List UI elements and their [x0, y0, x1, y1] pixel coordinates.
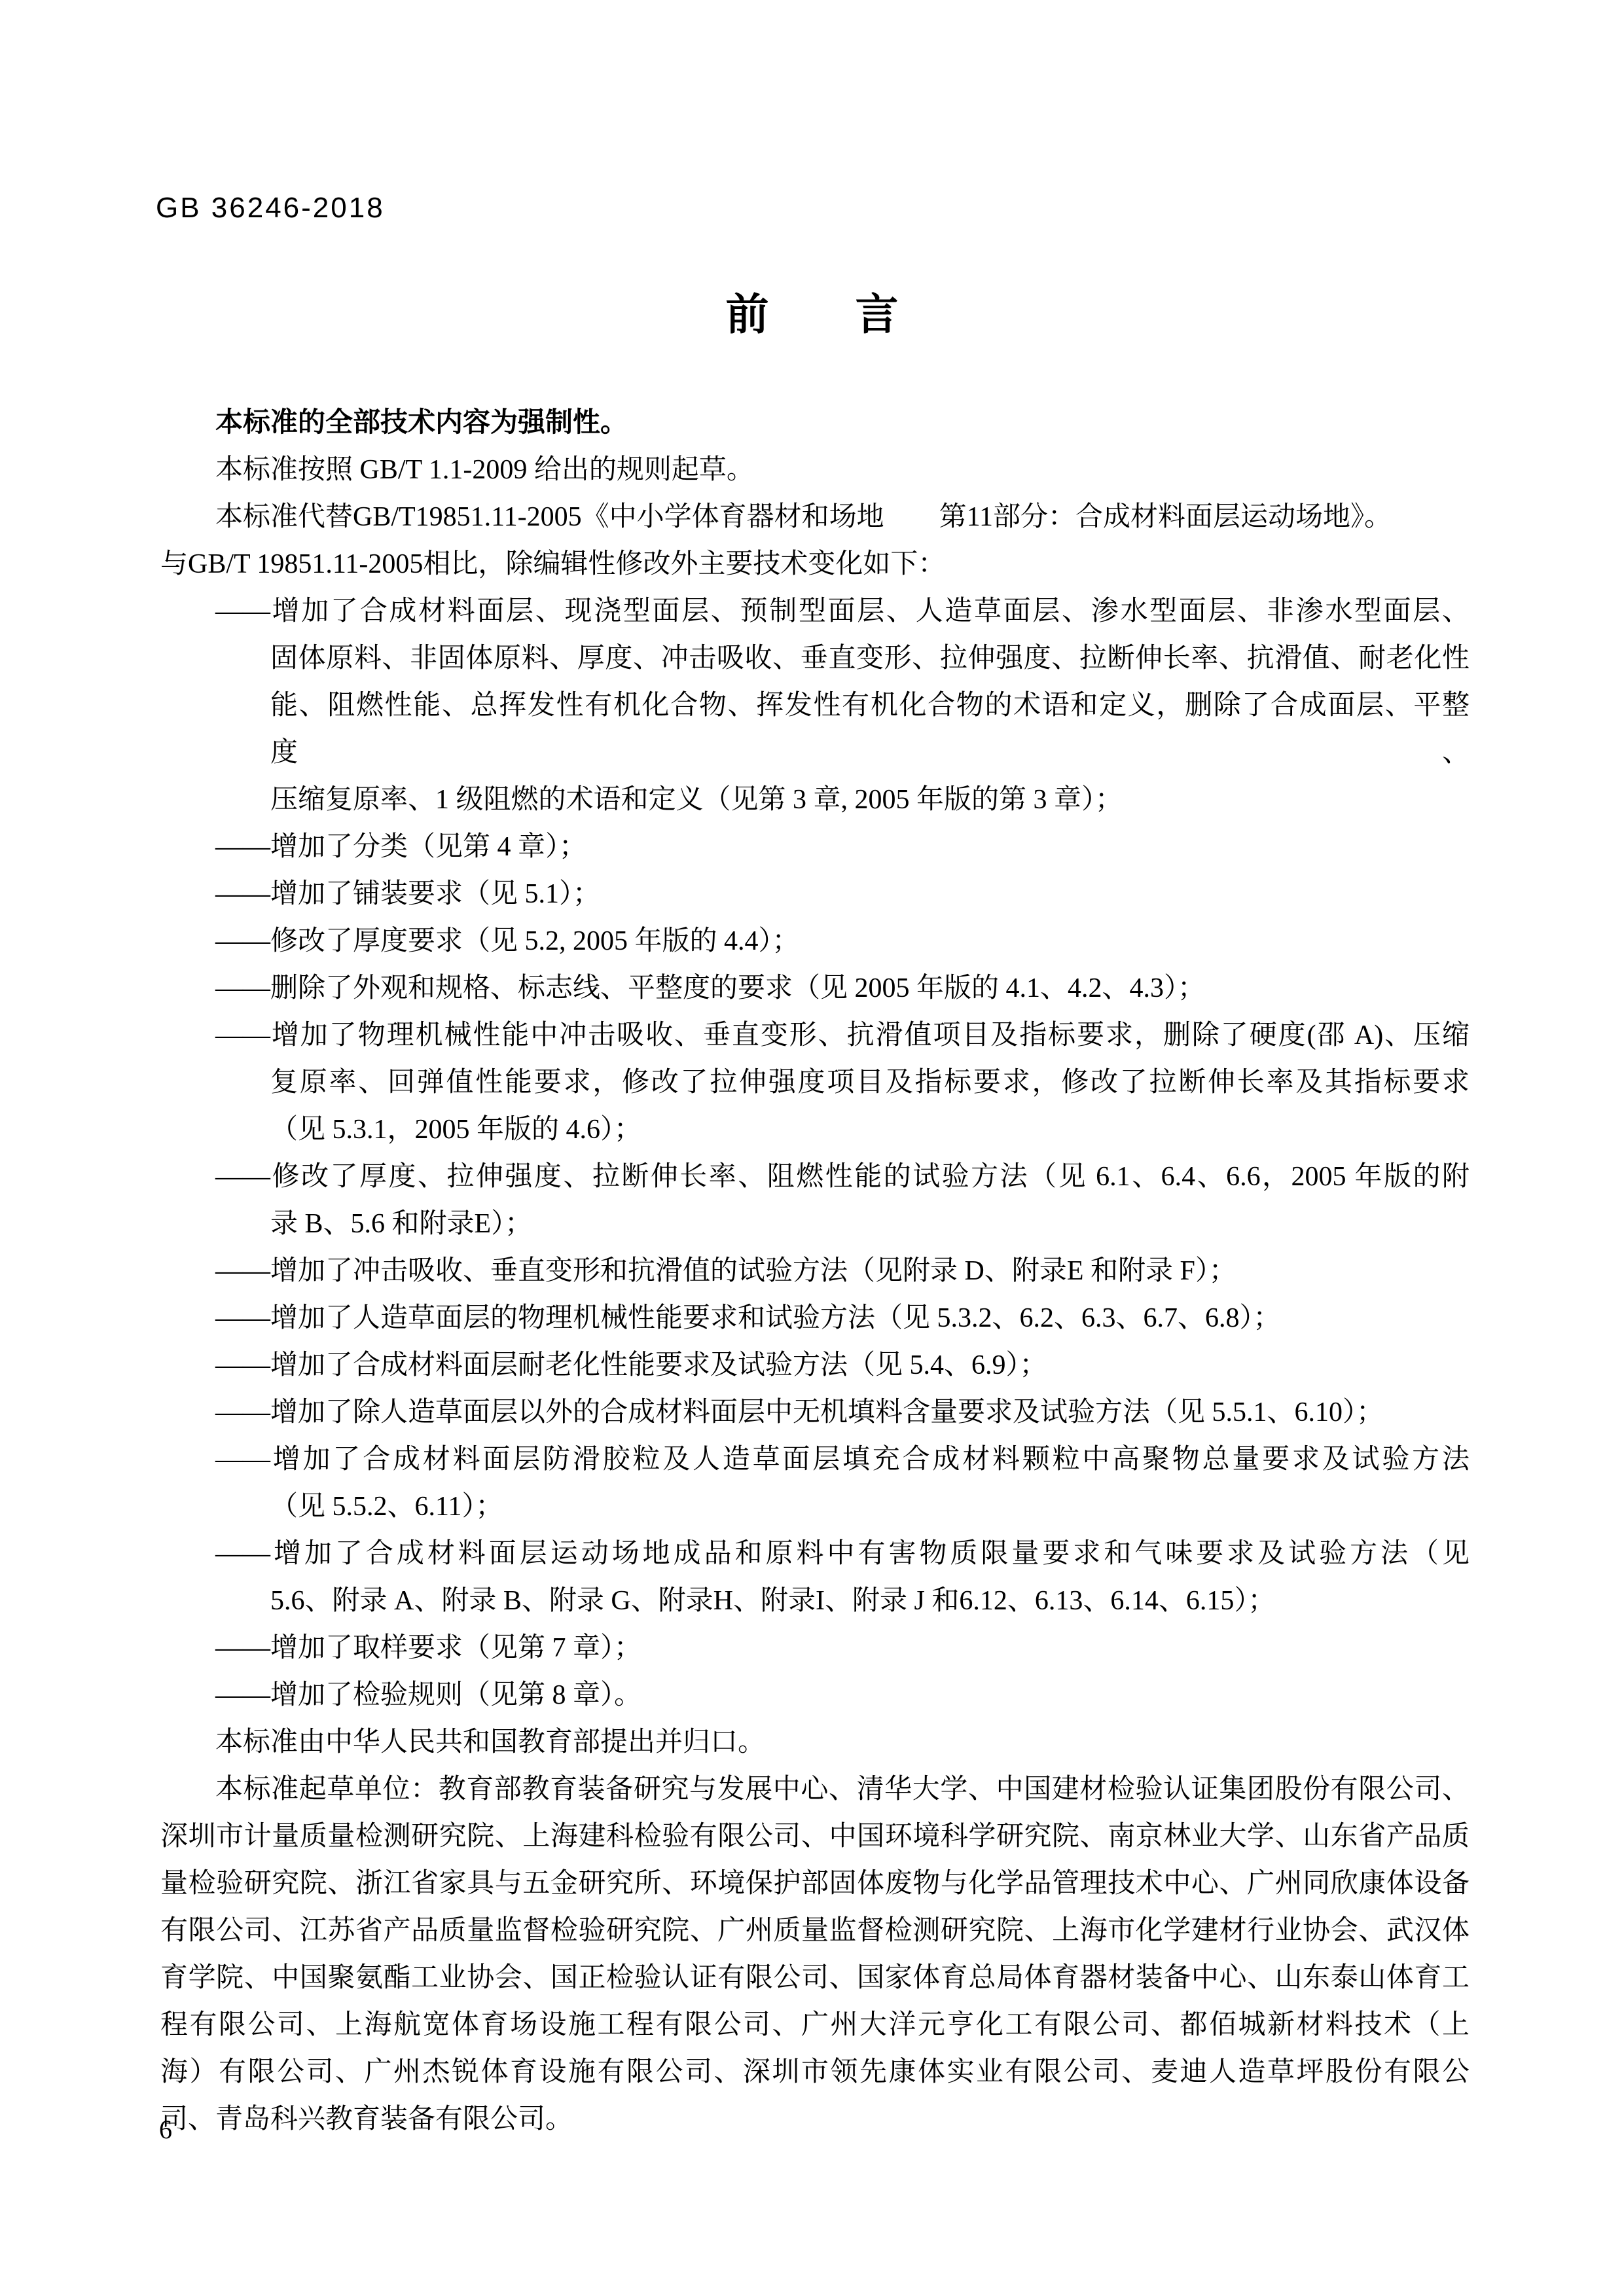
- body-line: 司、青岛科兴教育装备有限公司。: [160, 2096, 1470, 2143]
- list-item-line: ——增加了合成材料面层、现浇型面层、预制型面层、人造草面层、渗水型面层、非渗水型…: [160, 588, 1470, 635]
- list-item-line: ——删除了外观和规格、标志线、平整度的要求（见 2005 年版的 4.1、4.2…: [160, 965, 1470, 1012]
- body-line: 本标准按照 GB/T 1.1-2009 给出的规则起草。: [160, 446, 1470, 493]
- list-item-line: （见 5.3.1，2005 年版的 4.6）；: [160, 1106, 1470, 1153]
- list-item-line: 压缩复原率、1 级阻燃的术语和定义（见第 3 章, 2005 年版的第 3 章）…: [160, 776, 1470, 823]
- page-number: 6: [159, 2117, 172, 2143]
- foreword-body: 本标准的全部技术内容为强制性。 本标准按照 GB/T 1.1-2009 给出的规…: [160, 399, 1470, 2143]
- list-item-line: （见 5.5.2、6.11）；: [160, 1483, 1470, 1530]
- list-item-line: ——增加了合成材料面层防滑胶粒及人造草面层填充合成材料颗粒中高聚物总量要求及试验…: [160, 1436, 1470, 1483]
- list-item-line: ——增加了取样要求（见第 7 章）；: [160, 1624, 1470, 1672]
- list-item-line: 5.6、附录 A、附录 B、附录 G、附录H、附录I、附录 J 和6.12、6.…: [160, 1577, 1470, 1624]
- document-page: GB 36246-2018 前 言 本标准的全部技术内容为强制性。 本标准按照 …: [0, 0, 1624, 2296]
- body-line: 量检验研究院、浙江省家具与五金研究所、环境保护部固体废物与化学品管理技术中心、广…: [160, 1860, 1470, 1907]
- list-item-line: ——增加了人造草面层的物理机械性能要求和试验方法（见 5.3.2、6.2、6.3…: [160, 1295, 1470, 1342]
- body-line: 本标准代替GB/T19851.11-2005《中小学体育器材和场地 第11部分：…: [160, 493, 1470, 541]
- body-line: 程有限公司、上海航宽体育场设施工程有限公司、广州大洋元亨化工有限公司、都佰城新材…: [160, 2001, 1470, 2049]
- body-line: 深圳市计量质量检测研究院、上海建科检验有限公司、中国环境科学研究院、南京林业大学…: [160, 1813, 1470, 1860]
- standard-number: GB 36246-2018: [156, 194, 385, 223]
- list-item-line: ——修改了厚度要求（见 5.2, 2005 年版的 4.4）；: [160, 918, 1470, 965]
- page-title: 前 言: [0, 292, 1624, 337]
- list-item-line: ——增加了合成材料面层运动场地成品和原料中有害物质限量要求和气味要求及试验方法（…: [160, 1530, 1470, 1577]
- body-line: 本标准起草单位：教育部教育装备研究与发展中心、清华大学、中国建材检验认证集团股份…: [160, 1766, 1470, 1813]
- list-item-line: ——增加了分类（见第 4 章）；: [160, 823, 1470, 870]
- list-item-line: ——增加了冲击吸收、垂直变形和抗滑值的试验方法（见附录 D、附录E 和附录 F）…: [160, 1247, 1470, 1295]
- list-item-line: 能、阻燃性能、总挥发性有机化合物、挥发性有机化合物的术语和定义，删除了合成面层、…: [160, 682, 1470, 776]
- body-line: 海）有限公司、广州杰锐体育设施有限公司、深圳市领先康体实业有限公司、麦迪人造草坪…: [160, 2049, 1470, 2096]
- body-line: 本标准的全部技术内容为强制性。: [160, 399, 1470, 446]
- list-item-line: ——增加了检验规则（见第 8 章）。: [160, 1672, 1470, 1719]
- list-item-line: ——修改了厚度、拉伸强度、拉断伸长率、阻燃性能的试验方法（见 6.1、6.4、6…: [160, 1153, 1470, 1200]
- body-line: 与GB/T 19851.11-2005相比，除编辑性修改外主要技术变化如下：: [160, 541, 1470, 588]
- list-item-line: ——增加了除人造草面层以外的合成材料面层中无机填料含量要求及试验方法（见 5.5…: [160, 1389, 1470, 1436]
- list-item-line: ——增加了铺装要求（见 5.1）；: [160, 870, 1470, 918]
- body-line: 有限公司、江苏省产品质量监督检验研究院、广州质量监督检测研究院、上海市化学建材行…: [160, 1907, 1470, 1954]
- list-item-line: ——增加了物理机械性能中冲击吸收、垂直变形、抗滑值项目及指标要求，删除了硬度(邵…: [160, 1012, 1470, 1059]
- body-line: 本标准由中华人民共和国教育部提出并归口。: [160, 1719, 1470, 1766]
- list-item-line: 复原率、回弹值性能要求，修改了拉伸强度项目及指标要求，修改了拉断伸长率及其指标要…: [160, 1059, 1470, 1106]
- list-item-line: ——增加了合成材料面层耐老化性能要求及试验方法（见 5.4、6.9）；: [160, 1342, 1470, 1389]
- list-item-line: 录 B、5.6 和附录E）；: [160, 1200, 1470, 1247]
- body-line: 育学院、中国聚氨酯工业协会、国正检验认证有限公司、国家体育总局体育器材装备中心、…: [160, 1954, 1470, 2001]
- list-item-line: 固体原料、非固体原料、厚度、冲击吸收、垂直变形、拉伸强度、拉断伸长率、抗滑值、耐…: [160, 635, 1470, 682]
